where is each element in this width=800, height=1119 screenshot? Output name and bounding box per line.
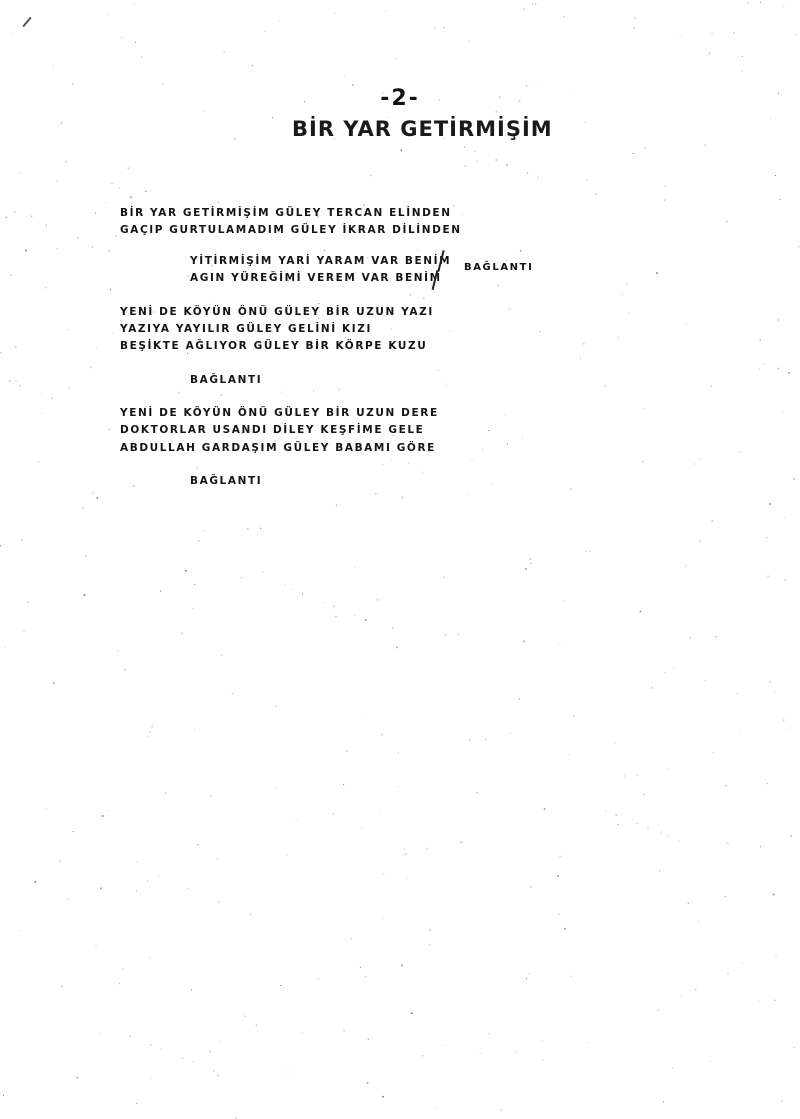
- verse-line: GAÇIP GURTULAMADIM GÜLEY İKRAR DİLİNDEN: [120, 224, 462, 236]
- chorus-line: YİTİRMİŞİM YARİ YARAM VAR BENİM: [190, 255, 451, 267]
- song-title: BİR YAR GETİRMİŞİM: [292, 117, 553, 141]
- verse-line: YENİ DE KÖYÜN ÖNÜ GÜLEY BİR UZUN YAZI: [120, 306, 434, 318]
- verse-line: YENİ DE KÖYÜN ÖNÜ GÜLEY BİR UZUN DERE: [120, 407, 439, 419]
- scan-noise: [0, 0, 800, 1119]
- document-page: -2- BİR YAR GETİRMİŞİM BİR YAR GETİRMİŞİ…: [0, 0, 800, 1119]
- refrain-marker: BAĞLANTI: [190, 475, 262, 487]
- verse-line: ABDULLAH GARDAŞIM GÜLEY BABAMI GÖRE: [120, 442, 436, 454]
- chorus-line: AGIN YÜREĞİMİ VEREM VAR BENİM: [190, 272, 442, 284]
- verse-line: YAZIYA YAYILIR GÜLEY GELİNİ KIZI: [120, 323, 372, 335]
- refrain-marker: BAĞLANTI: [190, 374, 262, 386]
- chorus-label: BAĞLANTI: [464, 262, 533, 273]
- verse-line: DOKTORLAR USANDI DİLEY KEŞFİME GELE: [120, 424, 424, 436]
- pen-mark: [22, 17, 31, 27]
- verse-line: BEŞİKTE AĞLIYOR GÜLEY BİR KÖRPE KUZU: [120, 340, 427, 352]
- verse-line: BİR YAR GETİRMİŞİM GÜLEY TERCAN ELİNDEN: [120, 207, 452, 219]
- page-number: -2-: [370, 86, 430, 111]
